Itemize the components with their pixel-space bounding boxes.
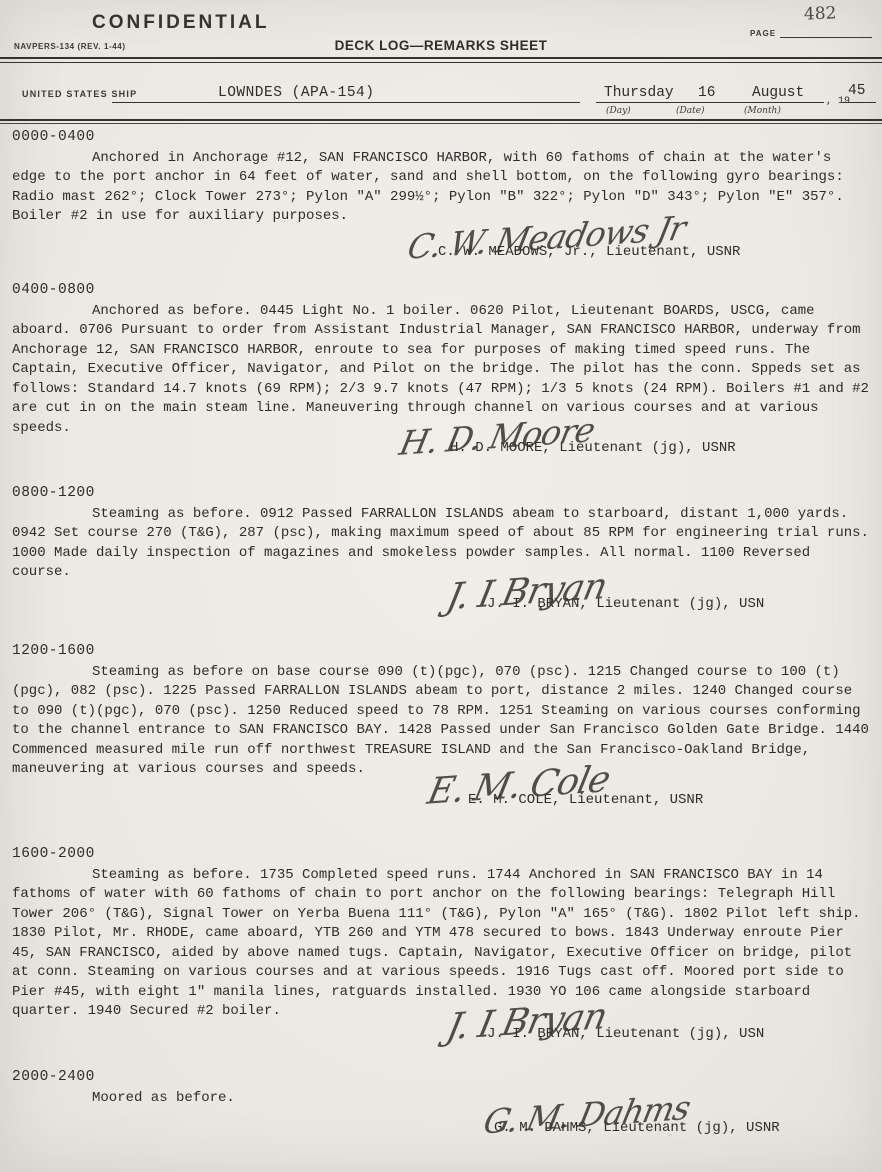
signature-block-dahms: G. M. Dahms G. M. DAHMS, Lieutenant (jg)… [494,1092,780,1139]
log-entry-1200-1600: 1200-1600 Steaming as before on base cou… [12,642,870,780]
entry-text: Anchored as before. 0445 Light No. 1 boi… [12,302,870,439]
date-day: Thursday [604,84,674,104]
date-month: August [752,84,804,104]
date-date: 16 [698,84,715,104]
date-year: 45 [848,82,865,102]
signature-block-bryan-1: J. I Bryan J. I. BRYAN, Lieutenant (jg),… [487,566,764,615]
entry-text: Steaming as before on base course 090 (t… [12,663,870,780]
header-divider [0,57,882,63]
date-caption: (Date) [676,106,705,116]
body-divider [0,119,882,124]
watch-period: 0400-0800 [12,281,870,301]
ship-name: LOWNDES (APA-154) [218,84,374,104]
year-blank-line [842,102,876,103]
classification-stamp: CONFIDENTIAL [92,12,269,34]
log-entry-0400-0800: 0400-0800 Anchored as before. 0445 Light… [12,281,870,438]
signature-block-bryan-2: J. I Bryan J. I. BRYAN, Lieutenant (jg),… [487,996,764,1045]
page-number: 482 [804,3,837,24]
month-caption: (Month) [744,106,781,116]
day-caption: (Day) [606,106,631,116]
signature-block-cole: E. M. Cole E. M. COLE, Lieutenant, USNR [468,762,703,811]
page-label-text: PAGE [750,29,776,38]
watch-period: 1600-2000 [12,845,870,865]
deck-log-remarks-sheet: CONFIDENTIAL 482 PAGE NAVPERS-134 (REV. … [0,0,882,1172]
page-number-blank-line [780,28,872,38]
watch-period: 1200-1600 [12,642,870,662]
watch-period: 0000-0400 [12,128,870,148]
form-title: DECK LOG—REMARKS SHEET [0,38,882,53]
signature-block-moore: H. D. Moore H. D. MOORE, Lieutenant (jg)… [450,412,736,459]
page-label: PAGE [750,28,872,38]
watch-period: 0800-1200 [12,484,870,504]
signature-block-meadows: C. W. Meadows Jr C. W. MEADOWS, Jr., Lie… [438,216,740,263]
ship-label: UNITED STATES SHIP [22,89,137,99]
